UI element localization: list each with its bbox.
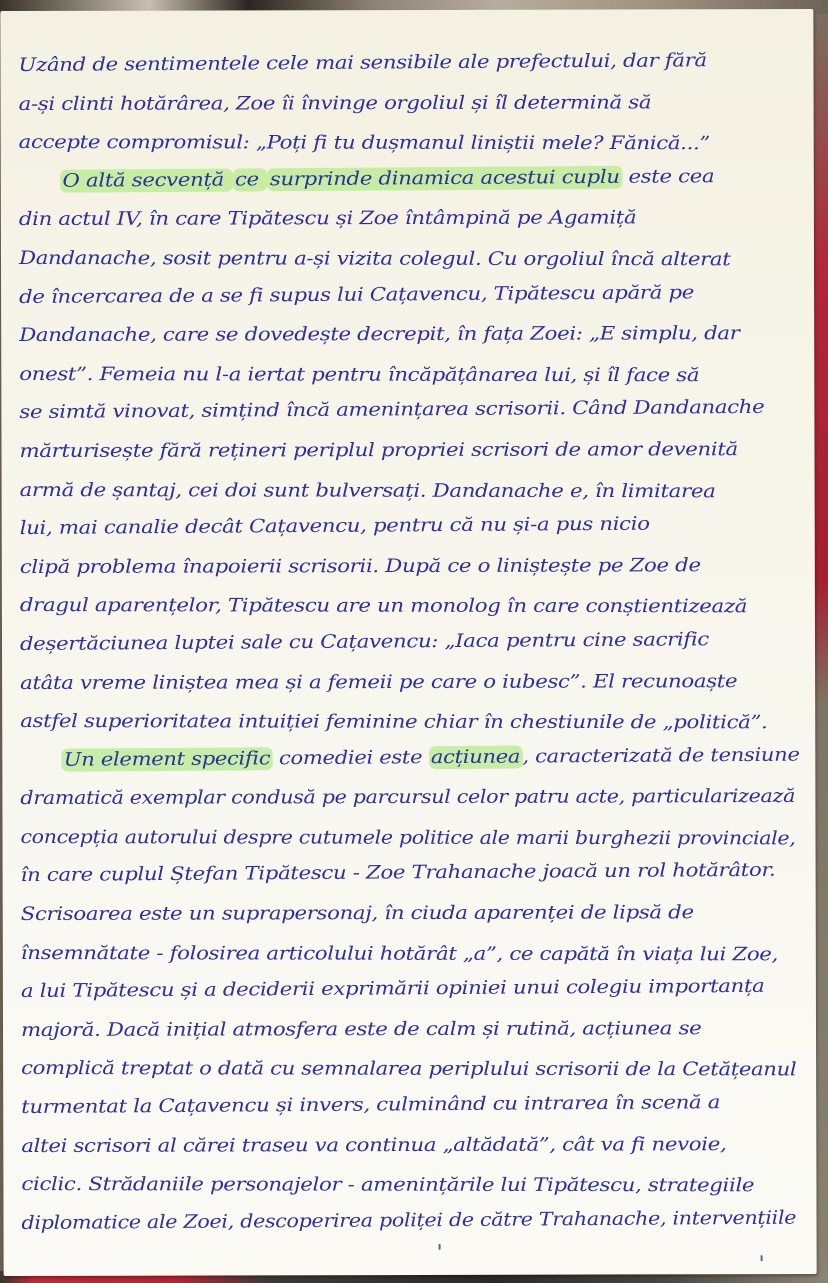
text-segment: dragul aparențelor, Tipătescu are un mon…: [20, 595, 747, 617]
text-segment: accepte compromisul: „Poți fi tu dușmanu…: [19, 132, 710, 154]
text-segment: dramatică exemplar condusă pe parcursul …: [20, 786, 795, 809]
text-segment: concepția autorului despre cutumele poli…: [20, 827, 795, 849]
text-segment: este cea: [622, 166, 714, 188]
text-segment: a-și clinti hotărârea, Zoe îi învinge or…: [19, 92, 652, 115]
text-line: mărturisește fără rețineri periplul prop…: [19, 431, 828, 472]
text-line: dramatică exemplar condusă pe parcursul …: [20, 778, 828, 819]
text-segment: majoră. Dacă inițial atmosfera este de c…: [21, 1018, 701, 1041]
text-segment: deșertăciunea luptei sale cu Cațavencu: …: [20, 629, 709, 655]
text-line: deșertăciunea luptei sale cu Cațavencu: …: [20, 620, 828, 665]
text-segment: mărturisește fără rețineri periplul prop…: [19, 439, 737, 462]
text-segment: , caracterizată de tensiune: [522, 744, 799, 767]
text-line: altei scrisori al cărei traseu va contin…: [21, 1125, 828, 1166]
text-line: de încercarea de a se fi supus lui Cațav…: [19, 272, 828, 317]
text-segment: ciclic. Strădaniile personajelor - ameni…: [21, 1174, 754, 1196]
text-line: diplomatice ale Zoei, descoperirea poliț…: [21, 1199, 828, 1244]
text-segment: onest”. Femeia nu l-a iertat pentru încă…: [19, 364, 699, 386]
text-line: Dandanache, care se dovedește decrepit, …: [19, 315, 828, 356]
text-segment: Dandanache, care se dovedește decrepit, …: [19, 323, 739, 346]
highlighted-text: surprinde dinamica acestui cuplu: [267, 166, 622, 191]
text-line: se simtă vinovat, simțind încă amenințar…: [19, 388, 828, 433]
text-line: în care cuplul Ștefan Tipătescu - Zoe Tr…: [20, 851, 828, 896]
text-line: Scrisoarea este un suprapersonaj, în ciu…: [21, 894, 828, 935]
text-segment: în care cuplul Ștefan Tipătescu - Zoe Tr…: [21, 860, 776, 886]
pen-mark: [761, 1255, 763, 1261]
text-segment: Uzând de sentimentele cele mai sensibile…: [18, 50, 707, 76]
text-segment: armă de șantaj, cei doi sunt bulversați.…: [20, 480, 716, 502]
text-segment: lui, mai canalie decât Cațavencu, pentru…: [20, 514, 650, 539]
pen-mark: [439, 1244, 441, 1250]
text-line: turmentat la Cațavencu și invers, culmin…: [21, 1083, 828, 1128]
handwritten-text: Uzând de sentimentele cele mai sensibile…: [18, 45, 811, 1243]
text-line: O altă secvență ce surprinde dinamica ac…: [19, 156, 828, 201]
text-segment: Scrisoarea este un suprapersonaj, în ciu…: [21, 902, 694, 925]
text-segment: se simtă vinovat, simțind încă amenințar…: [19, 397, 764, 423]
text-segment: a lui Tipătescu și a deciderii exprimări…: [21, 976, 765, 1002]
text-line: a lui Tipătescu și a deciderii exprimări…: [21, 967, 828, 1012]
text-segment: de încercarea de a se fi supus lui Cațav…: [19, 282, 694, 308]
highlighted-text: O altă secvență: [60, 168, 233, 192]
text-line: majoră. Dacă inițial atmosfera este de c…: [21, 1009, 828, 1050]
photo-background: Uzând de sentimentele cele mai sensibile…: [0, 0, 828, 1283]
highlighted-text: Un element specific: [61, 747, 272, 771]
text-segment: diplomatice ale Zoei, descoperirea poliț…: [21, 1207, 796, 1233]
text-segment: turmentat la Cațavencu și invers, culmin…: [21, 1092, 720, 1118]
text-segment: clipă problema înapoierii scrisorii. Dup…: [20, 555, 701, 578]
text-segment: din actul IV, în care Tipătescu și Zoe î…: [19, 208, 636, 231]
text-line: atâta vreme liniștea mea și a femeii pe …: [20, 662, 828, 703]
text-segment: complică treptat o dată cu semnalarea pe…: [21, 1058, 796, 1080]
text-line: Uzând de sentimentele cele mai sensibile…: [18, 41, 828, 86]
text-segment: atâta vreme liniștea mea și a femeii pe …: [20, 671, 737, 694]
text-segment: însemnătate - folosirea articolului hotă…: [21, 943, 778, 965]
text-line: din actul IV, în care Tipătescu și Zoe î…: [19, 199, 828, 240]
highlighted-text: ce: [233, 168, 268, 191]
notebook-page: Uzând de sentimentele cele mai sensibile…: [0, 9, 816, 1276]
highlighted-text: acțiunea: [428, 745, 522, 769]
text-line: a-și clinti hotărârea, Zoe îi învinge or…: [19, 83, 828, 124]
text-segment: comediei este: [273, 747, 429, 769]
text-segment: astfel superioritatea intuiției feminine…: [20, 711, 767, 733]
text-line: clipă problema înapoierii scrisorii. Dup…: [20, 546, 828, 587]
text-segment: altei scrisori al cărei traseu va contin…: [21, 1134, 726, 1157]
text-line: lui, mai canalie decât Cațavencu, pentru…: [20, 504, 828, 549]
text-line: Un element specific comediei este acțiun…: [20, 735, 828, 780]
text-segment: Dandanache, sosit pentru a-și vizita col…: [19, 248, 731, 270]
